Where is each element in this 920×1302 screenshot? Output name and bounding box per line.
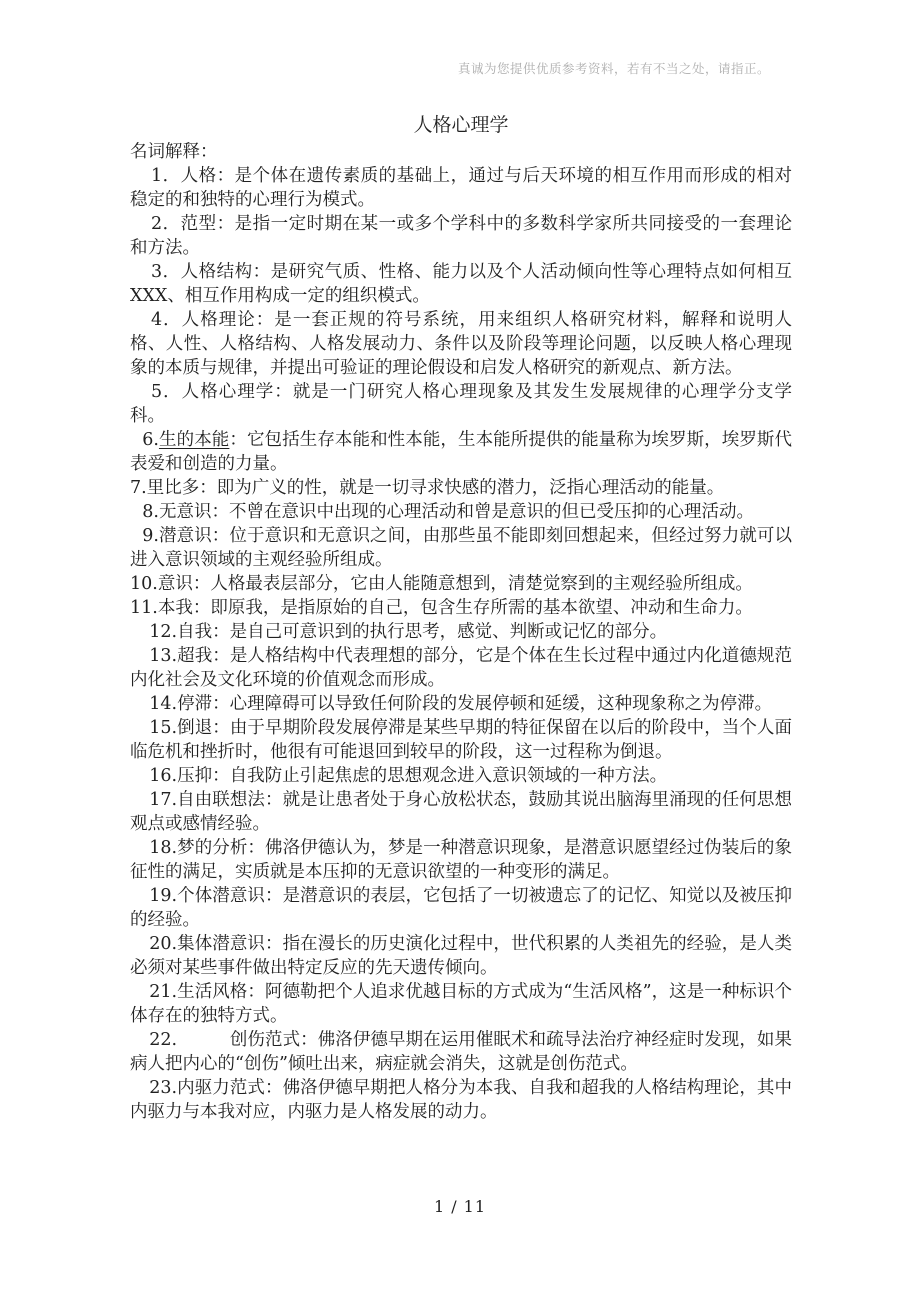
definition-paragraph: 7.里比多：即为广义的性，就是一切寻求快感的潜力，泛指心理活动的能量。	[130, 476, 792, 500]
definition-paragraph: 23.内驱力范式：佛洛伊德早期把人格分为本我、自我和超我的人格结构理论，其中内驱…	[130, 1076, 792, 1124]
definition-paragraph: 12.自我：是自己可意识到的执行思考，感觉、判断或记忆的部分。	[130, 620, 792, 644]
definition-paragraph: 11.本我：即原我，是指原始的自己，包含生存所需的基本欲望、冲动和生命力。	[130, 596, 792, 620]
definition-paragraph: 10.意识：人格最表层部分，它由人能随意想到，清楚觉察到的主观经验所组成。	[130, 572, 792, 596]
definition-paragraph: 18.梦的分析：佛洛伊德认为，梦是一种潜意识现象，是潜意识愿望经过伪装后的象征性…	[130, 836, 792, 884]
definition-paragraph: 6.生的本能：它包括生存本能和性本能，生本能所提供的能量称为埃罗斯，埃罗斯代表爱…	[130, 428, 792, 476]
definition-paragraph: 15.倒退：由于早期阶段发展停滞是某些早期的特征保留在以后的阶段中，当个人面临危…	[130, 716, 792, 764]
definition-paragraph: 1．人格：是个体在遗传素质的基础上，通过与后天环境的相互作用而形成的相对稳定的和…	[130, 164, 792, 212]
definition-paragraph: 14.停滞：心理障碍可以导致任何阶段的发展停顿和延缓，这种现象称之为停滞。	[130, 692, 792, 716]
definition-paragraph: 2．范型：是指一定时期在某一或多个学科中的多数科学家所共同接受的一套理论和方法。	[130, 212, 792, 260]
definition-paragraph: 22. 创伤范式：佛洛伊德早期在运用催眠术和疏导法治疗神经症时发现，如果病人把内…	[130, 1028, 792, 1076]
section-heading: 名词解释：	[130, 140, 792, 164]
definition-paragraph: 8.无意识：不曾在意识中出现的心理活动和曾是意识的但已受压抑的心理活动。	[130, 500, 792, 524]
definition-paragraph: 3．人格结构：是研究气质、性格、能力以及个人活动倾向性等心理特点如何相互XXX、…	[130, 260, 792, 308]
definition-paragraph: 21.生活风格：阿德勒把个人追求优越目标的方式成为“生活风格”，这是一种标识个体…	[130, 980, 792, 1028]
definition-paragraph: 4．人格理论：是一套正规的符号系统，用来组织人格研究材料，解释和说明人格、人性、…	[130, 308, 792, 380]
definition-paragraph: 20.集体潜意识：指在漫长的历史演化过程中，世代积累的人类祖先的经验，是人类必须…	[130, 932, 792, 980]
disclaimer-text: 真诚为您提供优质参考资料，若有不当之处，请指正。	[458, 61, 770, 77]
page-number-text: 1 / 11	[434, 1197, 486, 1216]
definition-paragraph: 5．人格心理学：就是一门研究人格心理现象及其发生发展规律的心理学分支学科。	[130, 380, 792, 428]
definition-paragraph: 17.自由联想法：就是让患者处于身心放松状态，鼓励其说出脑海里涌现的任何思想观点…	[130, 788, 792, 836]
definitions-list: 1．人格：是个体在遗传素质的基础上，通过与后天环境的相互作用而形成的相对稳定的和…	[130, 164, 792, 1124]
definition-paragraph: 19.个体潜意识：是潜意识的表层，它包括了一切被遗忘了的记忆、知觉以及被压抑的经…	[130, 884, 792, 932]
underlined-term: 生的本能	[159, 430, 229, 450]
definition-paragraph: 9.潜意识：位于意识和无意识之间，由那些虽不能即刻回想起来，但经过努力就可以进入…	[130, 524, 792, 572]
page-title: 人格心理学	[130, 110, 792, 140]
page-number: 1 / 11	[0, 1196, 920, 1218]
definition-paragraph: 16.压抑：自我防止引起焦虑的思想观念进入意识领域的一种方法。	[130, 764, 792, 788]
document-body: 人格心理学 名词解释： 1．人格：是个体在遗传素质的基础上，通过与后天环境的相互…	[130, 110, 792, 1124]
definition-paragraph: 13.超我：是人格结构中代表理想的部分，它是个体在生长过程中通过内化道德规范内化…	[130, 644, 792, 692]
